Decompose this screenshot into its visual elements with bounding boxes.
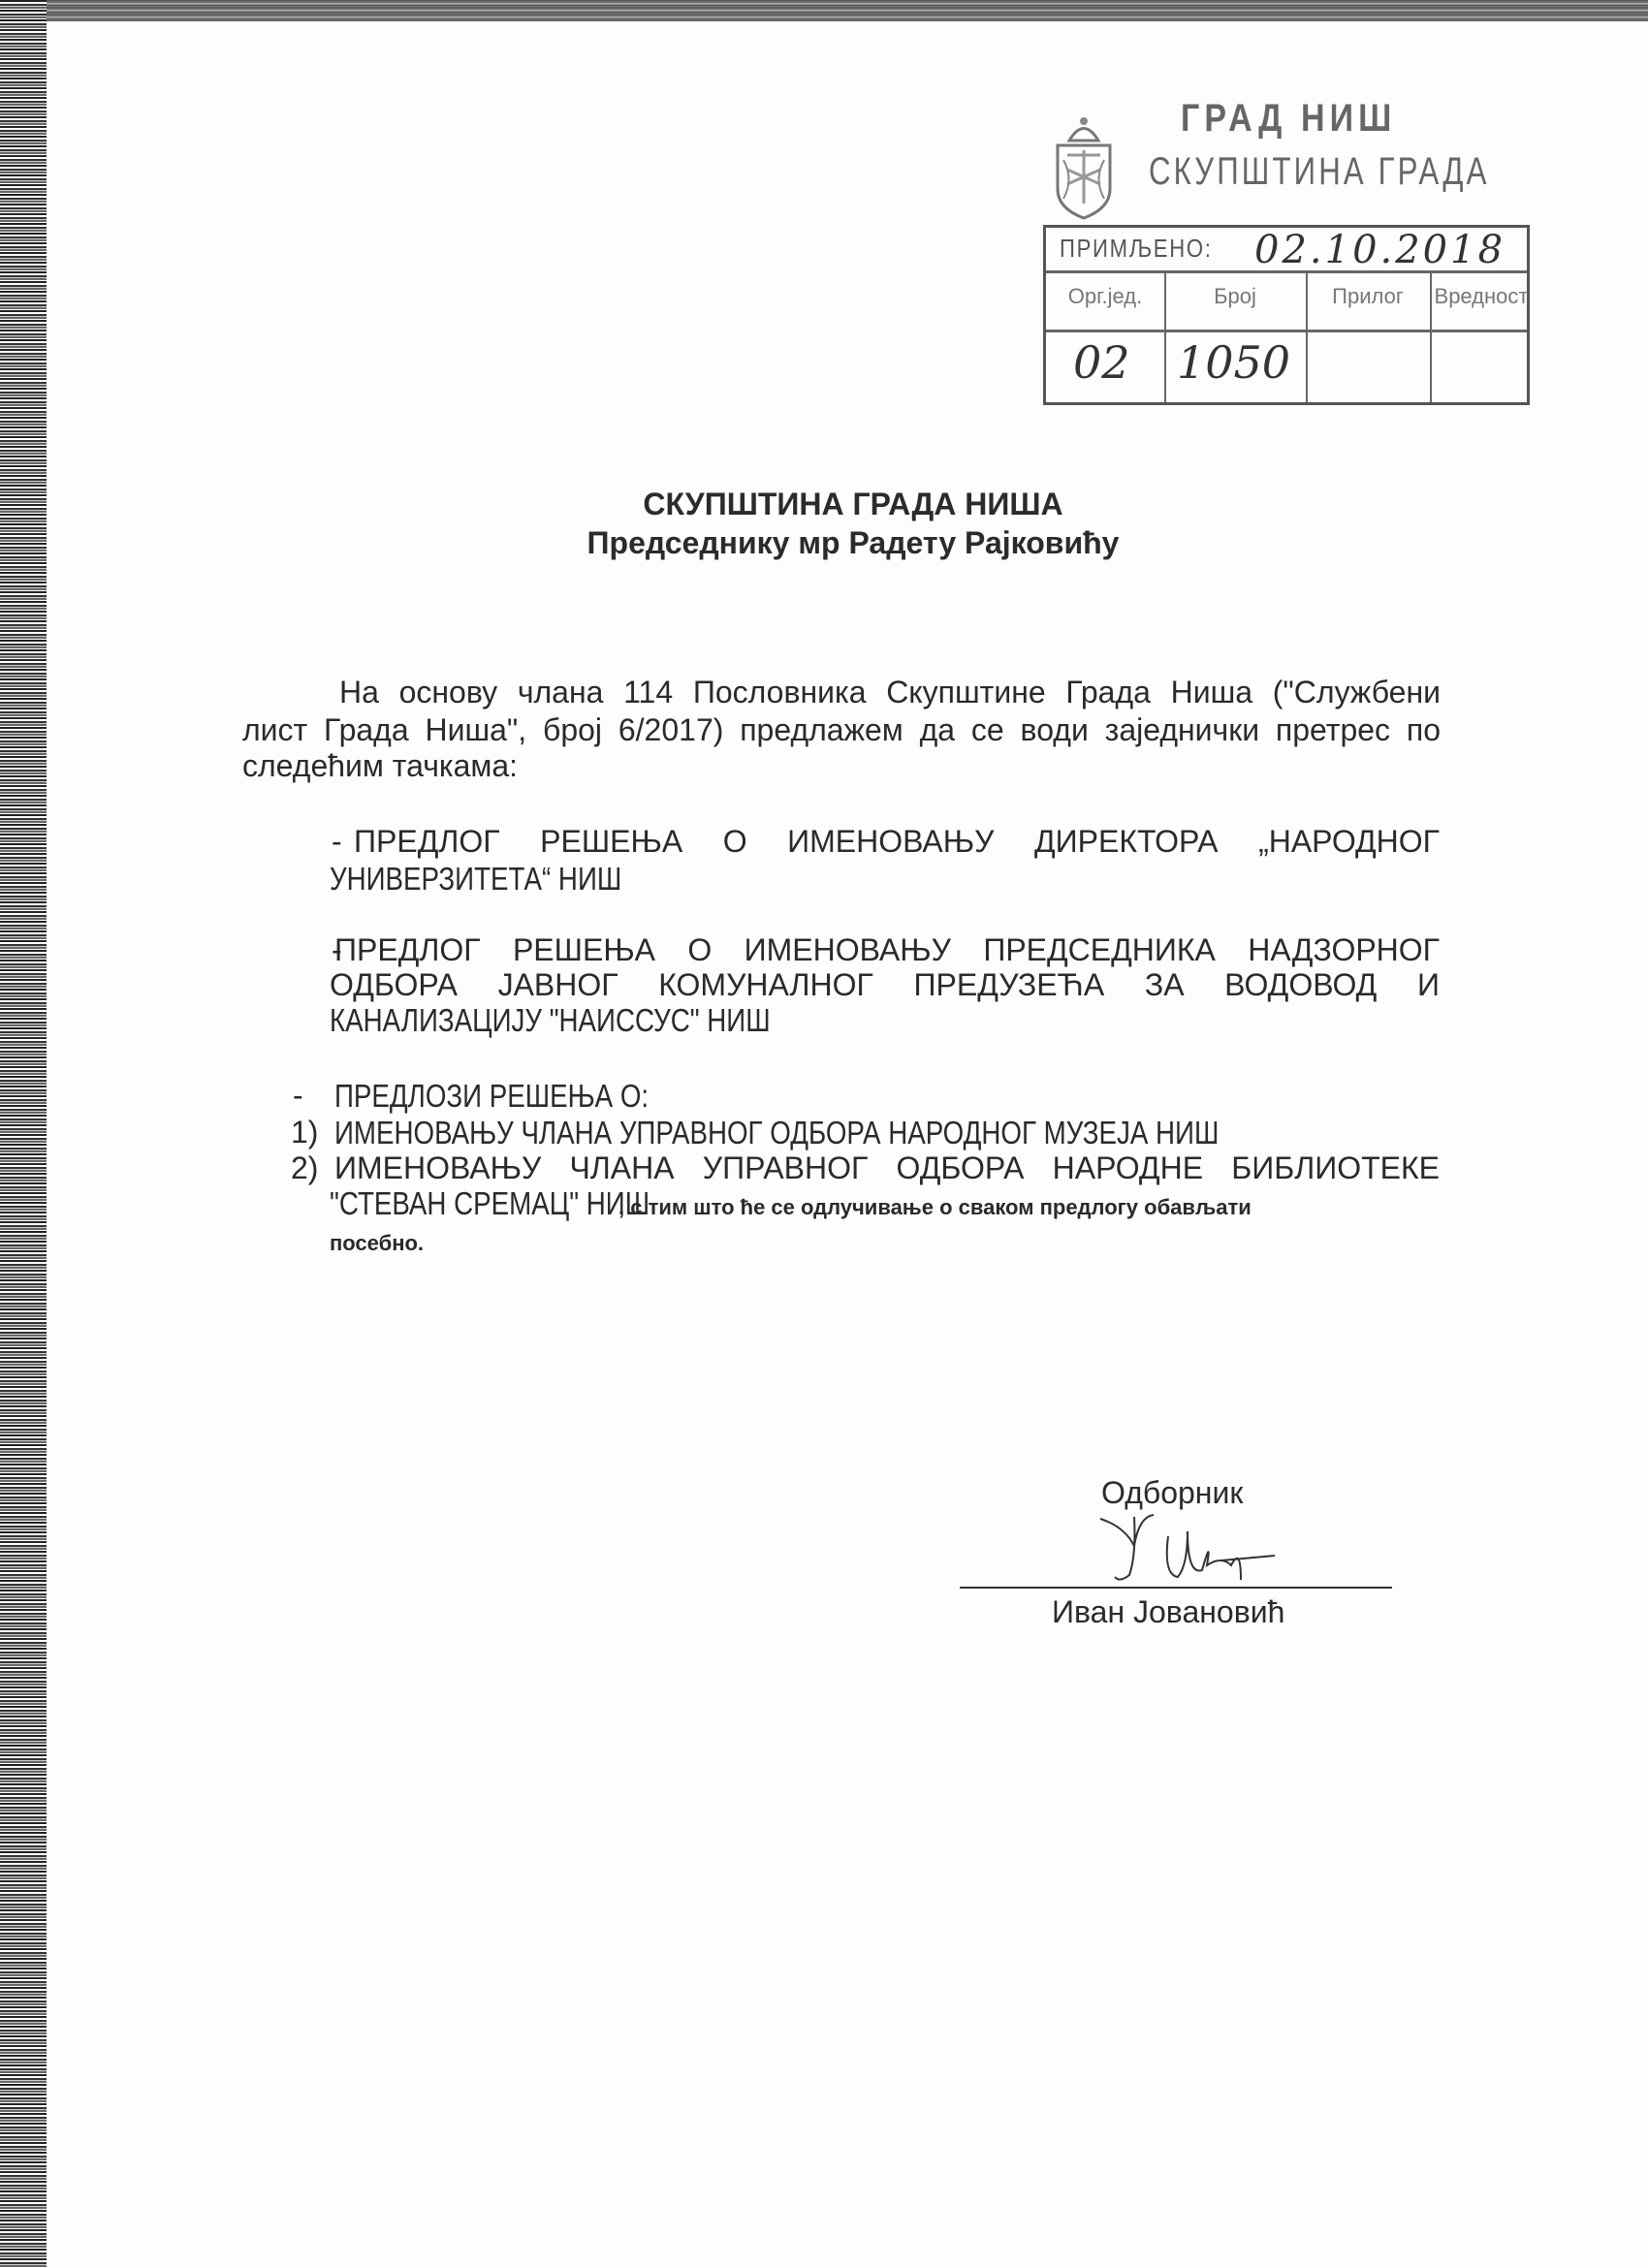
- addressee-name: Председнику мр Радету Рајковићу: [0, 525, 1648, 561]
- stamp-col-number: Број: [1164, 284, 1306, 309]
- subitem-2-note-end: посебно.: [330, 1231, 424, 1256]
- item-1-line: ПРЕДЛОГ РЕШЕЊА О ИМЕНОВАЊУ ДИРЕКТОРА „НА…: [354, 824, 1440, 859]
- stamp-org-value: 02: [1073, 336, 1130, 389]
- item-3-title: ПРЕДЛОЗИ РЕШЕЊА О:: [334, 1078, 649, 1115]
- item-2-line: ОДБОРА ЈАВНОГ КОМУНАЛНОГ ПРЕДУЗЕЋА ЗА ВО…: [330, 967, 1440, 1002]
- subitem-marker: 2): [291, 1150, 318, 1186]
- received-date: 02.10.2018: [1254, 228, 1505, 272]
- received-stamp: ПРИМЉЕНО: 02.10.2018 Орг.јед. Број Прило…: [1043, 225, 1530, 405]
- received-label: ПРИМЉЕНО:: [1060, 234, 1213, 264]
- subitem-2-text: "СТЕВАН СРЕМАЦ" НИШ: [330, 1185, 650, 1222]
- item-bullet: -: [332, 824, 342, 860]
- addressee-title: СКУПШТИНА ГРАДА НИША: [0, 487, 1648, 522]
- scan-border-top: [0, 0, 1648, 21]
- intro-line: лист Града Ниша", број 6/2017) предлажем…: [242, 712, 1441, 747]
- stamp-col-attachment: Прилог: [1306, 284, 1430, 309]
- coat-of-arms-icon: [1050, 111, 1118, 220]
- stamp-title: ГРАД НИШ: [1181, 97, 1396, 141]
- stamp-subtitle: СКУПШТИНА ГРАДА: [1149, 150, 1490, 194]
- item-2-line: КАНАЛИЗАЦИЈУ "НАИССУС" НИШ: [330, 1002, 771, 1039]
- subitem-2-line: ИМЕНОВАЊУ ЧЛАНА УПРАВНОГ ОДБОРА НАРОДНЕ …: [334, 1150, 1440, 1185]
- subitem-1-text: ИМЕНОВАЊУ ЧЛАНА УПРАВНОГ ОДБОРА НАРОДНОГ…: [334, 1115, 1219, 1151]
- handwritten-signature: [1095, 1507, 1280, 1594]
- signatory-name: Иван Јовановић: [1052, 1594, 1284, 1630]
- stamp-col-org: Орг.јед.: [1046, 284, 1164, 309]
- stamp-number-value: 1050: [1177, 336, 1290, 389]
- intro-line: следећим тачкама:: [242, 748, 1441, 783]
- intro-line: На основу члана 114 Пословника Скупштине…: [339, 675, 1441, 709]
- signature-line: [960, 1587, 1392, 1589]
- subitem-marker: 1): [291, 1115, 318, 1150]
- item-bullet: -: [293, 1078, 303, 1114]
- stamp-row-divider: [1046, 330, 1527, 332]
- item-1-text: ПРЕДЛОГ РЕШЕЊА О ИМЕНОВАЊУ ДИРЕКТОРА „НА…: [354, 824, 1440, 859]
- scan-border-left: [0, 0, 47, 2268]
- item-1-line: УНИВЕРЗИТЕТА“ НИШ: [330, 861, 621, 898]
- signature-role: Одборник: [1101, 1475, 1243, 1511]
- subitem-2-note: , с тим што ће се одлучивање о сваком пр…: [618, 1195, 1252, 1220]
- item-2-line: ПРЕДЛОГ РЕШЕЊА О ИМЕНОВАЊУ ПРЕДСЕДНИКА Н…: [334, 932, 1440, 967]
- stamp-col-value: Вредност: [1430, 284, 1533, 309]
